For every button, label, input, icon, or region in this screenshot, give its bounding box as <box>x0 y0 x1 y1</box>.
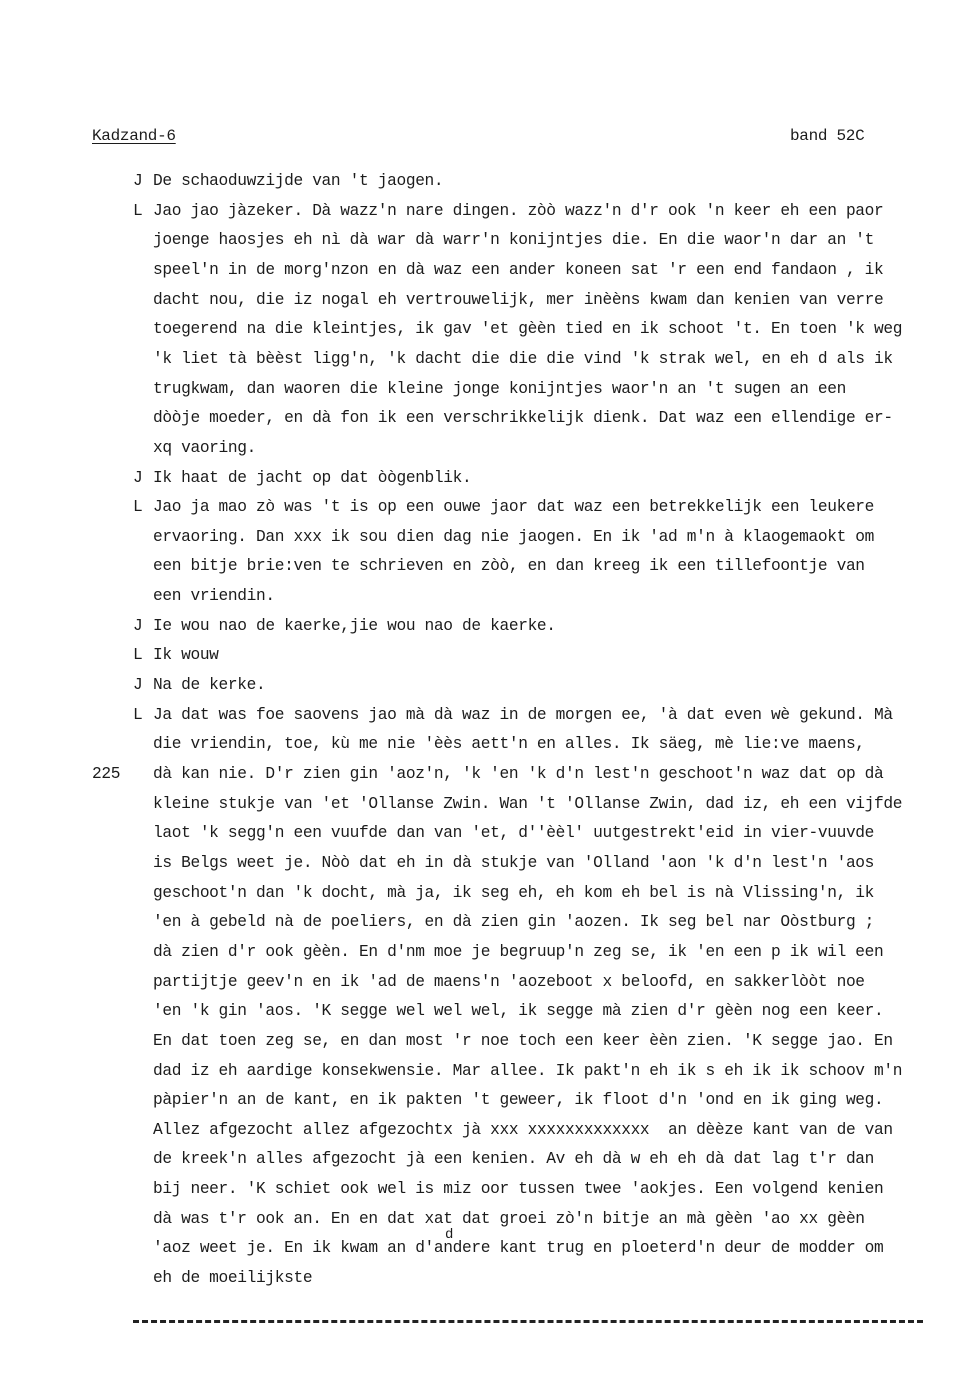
utterance-text: dòòje moeder, en dà fon ik een verschrik… <box>153 407 893 429</box>
transcript-line: LJa dat was foe saovens jao mà dà waz in… <box>0 704 979 726</box>
utterance-text: Ja dat was foe saovens jao mà dà waz in … <box>153 704 893 726</box>
transcript-line: de kreek'n alles afgezocht jà een kenien… <box>0 1148 979 1170</box>
utterance-text: pàpier'n an de kant, en ik pakten 't gew… <box>153 1089 883 1111</box>
utterance-text: Ik wouw <box>153 644 219 666</box>
utterance-text: Na de kerke. <box>153 674 265 696</box>
transcript-line: pàpier'n an de kant, en ik pakten 't gew… <box>0 1089 979 1111</box>
document-title: Kadzand-6 <box>92 127 176 145</box>
utterance-text: dad iz eh aardige konsekwensie. Mar alle… <box>153 1060 902 1082</box>
transcript-line: 'aoz weet je. En ik kwam an d'andere kan… <box>0 1237 979 1259</box>
transcript-line: eh de moeilijkste <box>0 1267 979 1289</box>
transcript-line: LIk wouw <box>0 644 979 666</box>
utterance-text: Jao ja mao zò was 't is op een ouwe jaor… <box>153 496 874 518</box>
transcript-line: een bitje brie:ven te schrieven en zòò, … <box>0 555 979 577</box>
utterance-text: ervaoring. Dan xxx ik sou dien dag nie j… <box>153 526 874 548</box>
utterance-text: 'aoz weet je. En ik kwam an d'andere kan… <box>153 1237 883 1259</box>
tape-label: band 52C <box>790 127 864 145</box>
transcript-line: dà was t'r ook an. En en dat xat dat gro… <box>0 1208 979 1230</box>
utterance-text: dà zien d'r ook gèèn. En d'nm moe je beg… <box>153 941 883 963</box>
end-divider <box>133 1320 923 1323</box>
utterance-text: trugkwam, dan waoren die kleine jonge ko… <box>153 378 846 400</box>
transcript-line: een vriendin. <box>0 585 979 607</box>
transcript-line: dà zien d'r ook gèèn. En d'nm moe je beg… <box>0 941 979 963</box>
speaker-marker: L <box>133 704 142 726</box>
utterance-text: 'en 'k gin 'aos. 'K segge wel wel wel, i… <box>153 1000 883 1022</box>
transcript-line: trugkwam, dan waoren die kleine jonge ko… <box>0 378 979 400</box>
transcript-line: speel'n in de morg'nzon en dà waz een an… <box>0 259 979 281</box>
utterance-text: toegerend na die kleintjes, ik gav 'et g… <box>153 318 902 340</box>
utterance-text: geschoot'n dan 'k docht, mà ja, ik seg e… <box>153 882 874 904</box>
utterance-text: laot 'k segg'n een vuufde dan van 'et, d… <box>153 822 874 844</box>
utterance-text: 'en à gebeld nà de poeliers, en dà zien … <box>153 911 874 933</box>
transcript-line: 'k liet tà bèèst ligg'n, 'k dacht die di… <box>0 348 979 370</box>
utterance-text: een vriendin. <box>153 585 275 607</box>
transcript-line: dòòje moeder, en dà fon ik een verschrik… <box>0 407 979 429</box>
transcript-line: JNa de kerke. <box>0 674 979 696</box>
transcript-line: JDe schaoduwzijde van 't jaogen. <box>0 170 979 192</box>
transcript-line: dacht nou, die iz nogal eh vertrouwelijk… <box>0 289 979 311</box>
speaker-marker: J <box>133 615 142 637</box>
utterance-text: Jao jao jàzeker. Dà wazz'n nare dingen. … <box>153 200 883 222</box>
speaker-marker: J <box>133 674 142 696</box>
utterance-text: kleine stukje van 'et 'Ollanse Zwin. Wan… <box>153 793 902 815</box>
transcript-line: JIe wou nao de kaerke,jie wou nao de kae… <box>0 615 979 637</box>
utterance-text: Ie wou nao de kaerke,jie wou nao de kaer… <box>153 615 556 637</box>
transcript-line: geschoot'n dan 'k docht, mà ja, ik seg e… <box>0 882 979 904</box>
transcript-line: Allez afgezocht allez afgezochtx jà xxx … <box>0 1119 979 1141</box>
transcript-line: ervaoring. Dan xxx ik sou dien dag nie j… <box>0 526 979 548</box>
utterance-text: de kreek'n alles afgezocht jà een kenien… <box>153 1148 874 1170</box>
transcript-line: laot 'k segg'n een vuufde dan van 'et, d… <box>0 822 979 844</box>
utterance-text: joenge haosjes eh nì dà war dà warr'n ko… <box>153 229 874 251</box>
utterance-text: Ik haat de jacht op dat òògenblik. <box>153 467 471 489</box>
utterance-text: is Belgs weet je. Nòò dat eh in dà stukj… <box>153 852 874 874</box>
utterance-text: speel'n in de morg'nzon en dà waz een an… <box>153 259 883 281</box>
utterance-text: die vriendin, toe, kù me nie 'èès aett'n… <box>153 733 865 755</box>
interlinear-correction: d <box>445 1224 453 1246</box>
transcript-line: is Belgs weet je. Nòò dat eh in dà stukj… <box>0 852 979 874</box>
utterance-text: partijtje geev'n en ik 'ad de maens'n 'a… <box>153 971 865 993</box>
transcript-line: partijtje geev'n en ik 'ad de maens'n 'a… <box>0 971 979 993</box>
utterance-text: bij neer. 'K schiet ook wel is miz oor t… <box>153 1178 883 1200</box>
transcript-line: 225dà kan nie. D'r zien gin 'aoz'n, 'k '… <box>0 763 979 785</box>
utterance-text: Allez afgezocht allez afgezochtx jà xxx … <box>153 1119 893 1141</box>
transcript-line: kleine stukje van 'et 'Ollanse Zwin. Wan… <box>0 793 979 815</box>
utterance-text: dà kan nie. D'r zien gin 'aoz'n, 'k 'en … <box>153 763 883 785</box>
speaker-marker: J <box>133 170 142 192</box>
transcript-line: 'en 'k gin 'aos. 'K segge wel wel wel, i… <box>0 1000 979 1022</box>
utterance-text: 'k liet tà bèèst ligg'n, 'k dacht die di… <box>153 348 893 370</box>
utterance-text: een bitje brie:ven te schrieven en zòò, … <box>153 555 865 577</box>
speaker-marker: L <box>133 644 142 666</box>
utterance-text: dà was t'r ook an. En en dat xat dat gro… <box>153 1208 865 1230</box>
transcript-line: xq vaoring. <box>0 437 979 459</box>
transcript-line: joenge haosjes eh nì dà war dà warr'n ko… <box>0 229 979 251</box>
transcript-line: dad iz eh aardige konsekwensie. Mar alle… <box>0 1060 979 1082</box>
utterance-text: eh de moeilijkste <box>153 1267 312 1289</box>
transcript-line: bij neer. 'K schiet ook wel is miz oor t… <box>0 1178 979 1200</box>
line-number: 225 <box>92 763 120 785</box>
transcript-line: toegerend na die kleintjes, ik gav 'et g… <box>0 318 979 340</box>
transcript-line: die vriendin, toe, kù me nie 'èès aett'n… <box>0 733 979 755</box>
utterance-text: En dat toen zeg se, en dan most 'r noe t… <box>153 1030 893 1052</box>
transcript-line: LJao jao jàzeker. Dà wazz'n nare dingen.… <box>0 200 979 222</box>
speaker-marker: J <box>133 467 142 489</box>
transcript-line: 'en à gebeld nà de poeliers, en dà zien … <box>0 911 979 933</box>
speaker-marker: L <box>133 200 142 222</box>
transcript-line: LJao ja mao zò was 't is op een ouwe jao… <box>0 496 979 518</box>
utterance-text: De schaoduwzijde van 't jaogen. <box>153 170 443 192</box>
transcript-page: Kadzand-6 band 52C JDe schaoduwzijde van… <box>0 0 979 1392</box>
transcript-line: En dat toen zeg se, en dan most 'r noe t… <box>0 1030 979 1052</box>
utterance-text: dacht nou, die iz nogal eh vertrouwelijk… <box>153 289 883 311</box>
transcript-line: JIk haat de jacht op dat òògenblik. <box>0 467 979 489</box>
speaker-marker: L <box>133 496 142 518</box>
utterance-text: xq vaoring. <box>153 437 256 459</box>
